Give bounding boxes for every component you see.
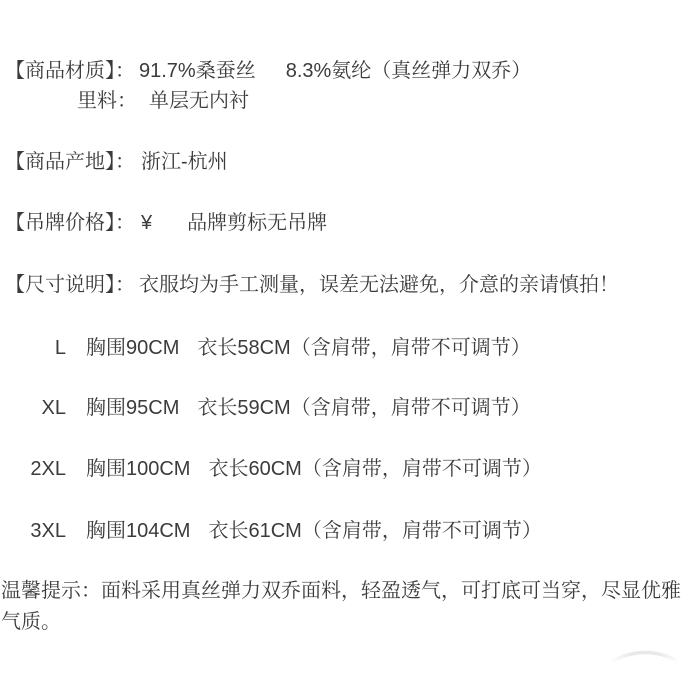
price-row: 【吊牌价格】：¥品牌剪标无吊牌 <box>5 211 327 235</box>
lining-value: 单层无内衬 <box>149 89 249 113</box>
length-measurement: 衣长60CM（含肩带，肩带不可调节） <box>208 457 541 481</box>
warm-tip-line2: 气质。 <box>1 610 61 634</box>
material-row: 【商品材质】：91.7%桑蚕丝8.3%氨纶（真丝弹力双乔） <box>5 59 531 83</box>
origin-label: 【商品产地】： <box>5 150 135 174</box>
product-description-page: 【商品材质】：91.7%桑蚕丝8.3%氨纶（真丝弹力双乔） 里料：单层无内衬 【… <box>0 0 700 700</box>
length-measurement: 衣长61CM（含肩带，肩带不可调节） <box>208 519 541 543</box>
origin-row: 【商品产地】：浙江-杭州 <box>5 150 228 174</box>
currency-symbol: ¥ <box>141 211 152 235</box>
chest-measurement: 胸围104CM <box>86 519 190 543</box>
length-measurement: 衣长59CM（含肩带，肩带不可调节） <box>197 396 530 420</box>
size-row-2xl: 2XL 胸围100CM 衣长60CM（含肩带，肩带不可调节） <box>0 457 542 481</box>
price-label: 【吊牌价格】： <box>5 211 135 235</box>
size-label: 3XL <box>0 519 66 543</box>
size-label: 2XL <box>0 457 66 481</box>
size-row-l: L 胸围90CM 衣长58CM（含肩带，肩带不可调节） <box>0 336 531 360</box>
size-label: XL <box>0 396 66 420</box>
material-label: 【商品材质】： <box>5 59 135 83</box>
lining-row: 里料：单层无内衬 <box>77 89 249 113</box>
size-row-xl: XL 胸围95CM 衣长59CM（含肩带，肩带不可调节） <box>0 396 531 420</box>
watermark-arc-icon <box>603 640 687 672</box>
chest-measurement: 胸围95CM <box>86 396 179 420</box>
size-note-label: 【尺寸说明】： <box>5 273 135 297</box>
lining-label: 里料： <box>77 89 137 113</box>
size-row-3xl: 3XL 胸围104CM 衣长61CM（含肩带，肩带不可调节） <box>0 519 542 543</box>
length-measurement: 衣长58CM（含肩带，肩带不可调节） <box>197 336 530 360</box>
size-note-value: 衣服均为手工测量，误差无法避免，介意的亲请慎拍！ <box>139 273 619 297</box>
material-spandex-content: 8.3%氨纶（真丝弹力双乔） <box>286 59 532 83</box>
warm-tip-line1: 温馨提示：面料采用真丝弹力双乔面料，轻盈透气，可打底可当穿，尽显优雅 <box>1 579 681 603</box>
chest-measurement: 胸围90CM <box>86 336 179 360</box>
size-label: L <box>0 336 66 360</box>
price-value: 品牌剪标无吊牌 <box>187 211 327 235</box>
material-silk-content: 91.7%桑蚕丝 <box>139 59 256 83</box>
size-note-row: 【尺寸说明】：衣服均为手工测量，误差无法避免，介意的亲请慎拍！ <box>5 273 619 297</box>
chest-measurement: 胸围100CM <box>86 457 190 481</box>
origin-value: 浙江-杭州 <box>141 150 228 174</box>
